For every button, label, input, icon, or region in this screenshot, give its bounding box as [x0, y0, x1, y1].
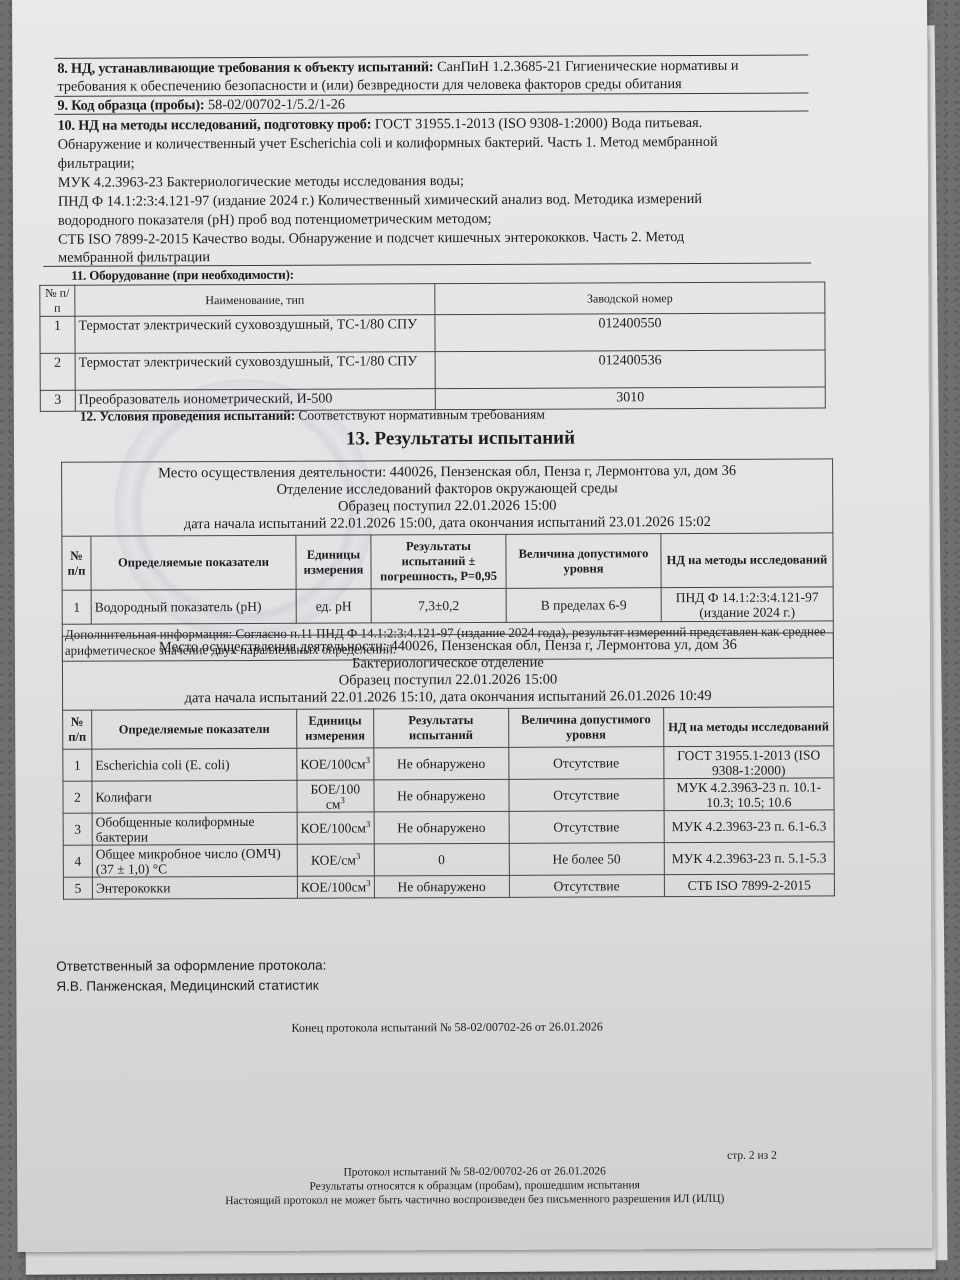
method: ПНД Ф 14.1:2:3:4.121-97 (издание 2024 г.… [661, 587, 833, 622]
section-10-line: фильтрации; [58, 154, 135, 172]
method: МУК 4.2.3963-23 п. 5.1-5.3 [664, 842, 834, 875]
results-title: 13. Результаты испытаний [346, 428, 575, 451]
result: Не обнаружено [374, 811, 509, 844]
table-header: № п/п Наименование, тип Заводской номер [40, 282, 825, 316]
unit: БОЕ/100 см3 [297, 780, 374, 812]
sample-code: 58-02/00702-1/5.2/1-26 [204, 97, 345, 114]
table-header: № п/п Определяемые показатели Единицы из… [63, 707, 834, 749]
method: СТБ ISO 7899-2-2015 [664, 874, 834, 897]
method: МУК 4.2.3963-23 п. 6.1-6.3 [664, 810, 834, 843]
responsible-person: Я.В. Панженская, Медицинский статистик [56, 977, 318, 996]
table-row: 3Обобщенные колиформные бактерииКОЕ/100с… [63, 810, 834, 845]
col-result: Результаты испытаний [373, 708, 508, 748]
unit-exponent: 3 [366, 878, 371, 888]
unit-text: КОЕ/100см [301, 879, 366, 894]
row-num: 1 [62, 590, 91, 624]
equipment-name: Термостат электрический суховоздушный, Т… [75, 315, 435, 354]
method: ГОСТ 31955.1-2013 (ISO 9308-1:2000) [664, 746, 834, 779]
indicator: Escherichia coli (E. coli) [92, 748, 297, 781]
section-8-text: СанПиН 1.2.3685-21 Гигиенические нормати… [433, 58, 738, 75]
col-method: НД на методы исследований [663, 707, 833, 747]
equipment-table: № п/п Наименование, тип Заводской номер … [39, 281, 826, 411]
row-num: 3 [40, 390, 75, 411]
col-serial: Заводской номер [435, 282, 825, 315]
section-10-line: СТБ ISO 7899-2-2015 Качество воды. Обнар… [58, 228, 684, 249]
section-12-label: 12. Условия проведения испытаний: [80, 408, 295, 424]
col-unit: Единицы измерения [297, 709, 374, 748]
unit: ед. pH [296, 589, 371, 623]
unit-text: КОЕ/100см [301, 820, 366, 835]
test-dates: дата начала испытаний 22.01.2026 15:10, … [66, 687, 830, 707]
table-row: 5ЭнтерококкиКОЕ/100см3Не обнаруженоОтсут… [63, 874, 834, 899]
indicator: Колифаги [92, 780, 297, 813]
unit-exponent: 3 [366, 755, 371, 765]
table-row: 1 Водородный показатель (pH) ед. pH 7,3±… [62, 587, 833, 624]
limit: Отсутствие [509, 811, 664, 844]
row-num: 4 [63, 845, 92, 877]
result: Не обнаружено [374, 779, 509, 812]
result: Не обнаружено [374, 875, 509, 898]
section-11-label: 11. Оборудование (при необходимости): [71, 266, 294, 285]
test-dates: дата начала испытаний 22.01.2026 15:00, … [65, 513, 829, 533]
section-11-title: 11. Оборудование (при необходимости): [71, 267, 294, 283]
col-indicator: Определяемые показатели [91, 535, 296, 590]
limit: Отсутствие [509, 875, 664, 898]
limit: Отсутствие [509, 779, 664, 812]
unit: КОЕ/100см3 [297, 876, 374, 898]
indicator: Водородный показатель (pH) [91, 589, 296, 624]
col-unit: Единицы измерения [296, 535, 371, 589]
result: 7,3±0,2 [371, 588, 506, 623]
unit-text: КОЕ/100см [300, 756, 365, 771]
conditions-value: Соответствуют нормативным требованиям [295, 407, 545, 423]
section-9-label: 9. Код образца (пробы): [57, 97, 204, 114]
section-10-line: мембранной фильтрации [58, 248, 210, 267]
location: Место осуществления деятельности: 440026… [66, 636, 830, 656]
table-row: 2КолифагиБОЕ/100 см3Не обнаруженоОтсутст… [63, 778, 834, 813]
unit-exponent: 3 [340, 795, 345, 805]
serial-number: 012400550 [435, 313, 825, 352]
col-limit: Величина допустимого уровня [508, 708, 663, 748]
result: 0 [374, 843, 509, 876]
row-num: 1 [63, 749, 92, 781]
table-row: 1Escherichia coli (E. coli)КОЕ/100см3Не … [63, 746, 834, 781]
unit-text: БОЕ/100 см [310, 781, 360, 811]
table-row: 1 Термостат электрический суховоздушный,… [40, 313, 825, 353]
unit: КОЕ/100см3 [297, 748, 374, 780]
footer-copyright: Настоящий протокол не может быть частичн… [17, 1191, 932, 1209]
unit: КОЕ/100см3 [297, 812, 374, 844]
col-indicator: Определяемые показатели [92, 709, 297, 749]
equipment-name: Термостат электрический суховоздушный, Т… [75, 352, 435, 391]
end-of-protocol: Конец протокола испытаний № 58-02/00702-… [291, 1017, 602, 1036]
responsible-label: Ответственный за оформление протокола: [56, 957, 326, 976]
section-10-line: ПНД Ф 14.1:2:3:4.121-97 (издание 2024 г.… [58, 190, 702, 211]
unit-exponent: 3 [356, 851, 361, 861]
bacteriology-rows: 1Escherichia coli (E. coli)КОЕ/100см3Не … [63, 746, 835, 899]
col-method: НД на методы исследований [661, 533, 833, 588]
section-10-line: МУК 4.2.3963-23 Бактериологические метод… [58, 172, 464, 192]
limit: Не более 50 [509, 843, 664, 876]
col-result: Результаты испытаний ± погрешность, P=0,… [371, 534, 506, 589]
col-num: № п/п [63, 710, 92, 749]
result: Не обнаружено [374, 747, 509, 780]
page-number: стр. 2 из 2 [727, 1147, 777, 1165]
indicator: Обобщенные колиформные бактерии [92, 812, 297, 845]
limit: В пределах 6-9 [506, 588, 661, 623]
section-10-line: Обнаружение и количественный учет Escher… [58, 133, 718, 154]
unit-exponent: 3 [366, 819, 371, 829]
col-name: Наименование, тип [75, 284, 435, 317]
indicator: Общее микробное число (ОМЧ) (37 ± 1,0) °… [92, 844, 297, 877]
section-10: 10. НД на методы исследований, подготовк… [58, 114, 703, 135]
row-num: 2 [40, 353, 75, 390]
table-row: 2 Термостат электрический суховоздушный,… [40, 350, 825, 390]
block-header: Место осуществления деятельности: 440026… [62, 459, 833, 536]
method: МУК 4.2.3963-23 п. 10.1-10.3; 10.5; 10.6 [664, 778, 834, 811]
table-header: № п/п Определяемые показатели Единицы из… [62, 533, 833, 590]
section-10-label: 10. НД на методы исследований, подготовк… [58, 116, 372, 133]
document-page: 8. НД, устанавливающие требования к объе… [12, 0, 932, 1252]
row-num: 1 [40, 316, 75, 353]
section-10-line: водородного показателя (pH) проб вод пот… [58, 210, 492, 230]
section-8-label: 8. НД, устанавливающие требования к объе… [57, 59, 433, 77]
table-row: 4Общее микробное число (ОМЧ) (37 ± 1,0) … [63, 842, 834, 877]
block-header: Место осуществления деятельности: 440026… [62, 633, 833, 710]
col-num: № п/п [40, 285, 75, 316]
serial-number: 012400536 [435, 350, 825, 389]
results-table-bacteriology: Место осуществления деятельности: 440026… [62, 632, 835, 899]
row-num: 2 [63, 781, 92, 813]
section-10-line: ГОСТ 31955.1-2013 (ISO 9308-1:2000) Вода… [371, 115, 702, 132]
location: Место осуществления деятельности: 440026… [65, 462, 829, 482]
limit: Отсутствие [509, 747, 664, 780]
unit: КОЕ/см3 [297, 844, 374, 876]
unit-text: КОЕ/см [311, 853, 356, 868]
results-table-chemistry: Место осуществления деятельности: 440026… [61, 458, 834, 661]
col-limit: Величина допустимого уровня [506, 534, 661, 589]
row-num: 5 [63, 877, 92, 899]
indicator: Энтерококки [92, 876, 297, 899]
col-num: № п/п [62, 536, 91, 590]
section-12: 12. Условия проведения испытаний: Соотве… [80, 406, 545, 426]
row-num: 3 [63, 813, 92, 845]
